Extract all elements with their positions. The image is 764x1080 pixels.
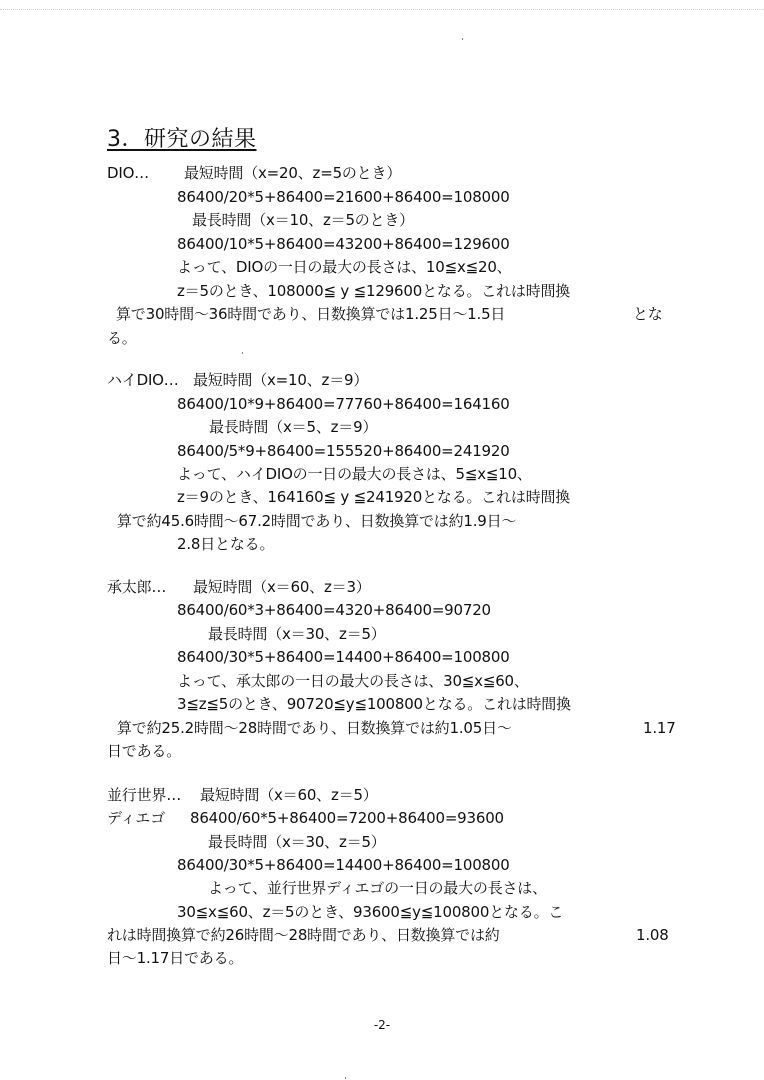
scan-speck — [462, 38, 463, 40]
text-line: 2.8日となる。 — [177, 535, 274, 553]
text-line: 日である。 — [107, 742, 181, 760]
text-line: 最長時間（x＝30、z＝5） — [208, 625, 386, 643]
text-line: 算で30時間～36時間であり、日数換算では1.25日～1.5日 — [116, 305, 505, 323]
text-line: る。 — [107, 329, 137, 347]
text-line: 最短時間（x＝60、z＝3） — [193, 578, 371, 596]
text-line: z＝9のとき、164160≦ y ≦241920となる。これは時間換 — [177, 488, 570, 506]
text-line: 最短時間（x=10、z＝9） — [193, 371, 368, 389]
text-line: 86400/20*5+86400=21600+86400=108000 — [177, 188, 510, 206]
text-line: れは時間換算で約26時間～28時間であり、日数換算では約 — [107, 926, 500, 944]
section-label-2: ディエゴ — [107, 809, 165, 827]
text-line: 算で約25.2時間～28時間であり、日数換算では約1.05日～ — [117, 719, 512, 737]
text-line: 86400/30*5+86400=14400+86400=100800 — [177, 856, 510, 874]
text-line: 1.08 — [636, 926, 669, 944]
text-line: よって、ハイDIOの一日の最大の長さは、5≦x≦10、 — [177, 465, 532, 483]
text-line: とな — [633, 305, 663, 323]
scan-speck — [242, 352, 243, 354]
section-label: 承太郎… — [107, 578, 166, 596]
text-line: よって、並行世界ディエゴの一日の最大の長さは、 — [208, 879, 547, 897]
text-line: 最短時間（x＝60、z＝5） — [200, 786, 378, 804]
section-label: ハイDIO… — [107, 371, 179, 389]
text-line: 3≦z≦5のとき、90720≦y≦100800となる。これは時間換 — [177, 695, 571, 713]
text-line: 1.17 — [643, 719, 676, 737]
text-line: 86400/10*5+86400=43200+86400=129600 — [177, 235, 510, 253]
section-label: 並行世界… — [107, 786, 181, 804]
scan-speck — [345, 1077, 346, 1079]
text-line: よって、DIOの一日の最大の長さは、10≦x≦20、 — [177, 258, 511, 276]
section-label: DIO… — [107, 164, 149, 182]
text-line: 86400/10*9+86400=77760+86400=164160 — [177, 395, 510, 413]
text-line: 最長時間（x＝5、z＝9） — [209, 418, 377, 436]
text-line: 86400/60*3+86400=4320+86400=90720 — [177, 601, 491, 619]
text-line: 算で約45.6時間～67.2時間であり、日数換算では約1.9日～ — [117, 512, 516, 530]
text-line: 86400/60*5+86400=7200+86400=93600 — [190, 809, 504, 827]
text-line: よって、承太郎の一日の最大の長さは、30≦x≦60、 — [177, 672, 529, 690]
page-number: -2- — [0, 1018, 764, 1032]
scan-edge-line — [0, 9, 764, 10]
section-heading: 3．研究の結果 — [107, 122, 257, 153]
text-line: 最長時間（x＝10、z＝5のとき） — [192, 211, 414, 229]
text-line: 86400/30*5+86400=14400+86400=100800 — [177, 648, 510, 666]
text-line: 最長時間（x＝30、z＝5） — [208, 833, 386, 851]
text-line: 最短時間（x=20、z=5のとき） — [184, 164, 401, 182]
text-line: 86400/5*9+86400=155520+86400=241920 — [177, 442, 510, 460]
text-line: 日～1.17日である。 — [107, 949, 243, 967]
text-line: z＝5のとき、108000≦ y ≦129600となる。これは時間換 — [177, 282, 570, 300]
text-line: 30≦x≦60、z＝5のとき、93600≦y≦100800となる。こ — [177, 903, 563, 921]
